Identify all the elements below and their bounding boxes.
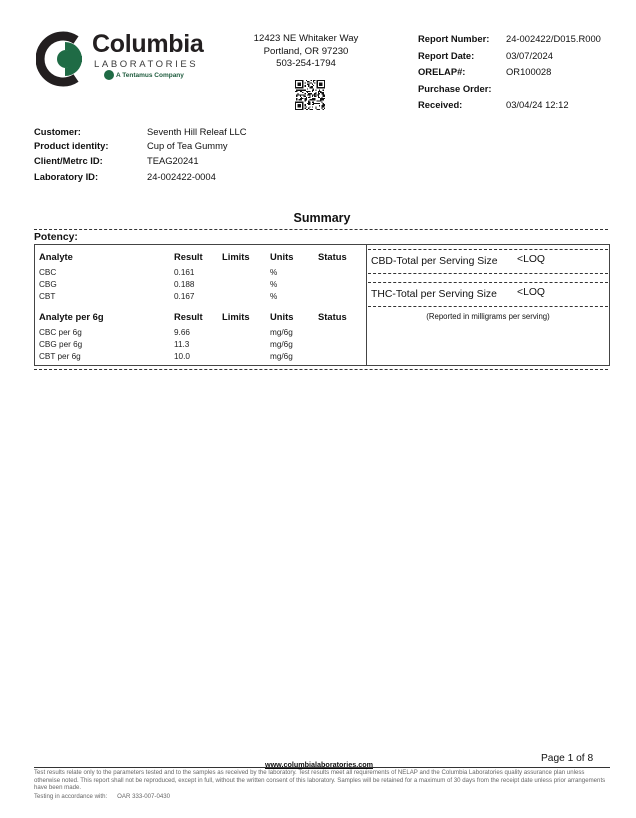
footer-rule [34, 767, 610, 768]
customer-info-label: Client/Metrc ID: [34, 155, 103, 166]
customer-info-value: TEAG20241 [147, 155, 199, 166]
table-cell-analyte: CBC per 6g [39, 328, 82, 337]
tentamus-icon [104, 70, 114, 80]
table-cell-units: % [270, 268, 277, 277]
table-cell-analyte: CBG [39, 280, 57, 289]
serving-divider [368, 306, 608, 307]
customer-info-value: Cup of Tea Gummy [147, 140, 228, 151]
potency-label: Potency: [34, 232, 78, 243]
table-header: Status [318, 311, 347, 322]
report-info-value: 03/07/2024 [506, 50, 553, 61]
address-street: 12423 NE Whitaker Way [236, 33, 376, 46]
report-info-label: Received: [418, 99, 462, 110]
report-info-value: 03/04/24 12:12 [506, 99, 569, 110]
table-cell-analyte: CBT [39, 292, 55, 301]
table-header: Analyte per 6g [39, 311, 104, 322]
page-number: Page 1 of 8 [541, 753, 593, 764]
company-name: Columbia [92, 30, 204, 59]
table-cell-units: mg/6g [270, 340, 293, 349]
table-cell-analyte: CBT per 6g [39, 352, 81, 361]
report-info-label: ORELAP#: [418, 66, 465, 77]
potency-column-divider [366, 244, 367, 366]
customer-info-value: 24-002422-0004 [147, 171, 216, 182]
address-city: Portland, OR 97230 [236, 46, 376, 59]
company-logo: Columbia LABORATORIES A Tentamus Company [36, 30, 206, 88]
summary-divider [34, 229, 608, 230]
table-cell-analyte: CBC [39, 268, 56, 277]
table-header: Result [174, 311, 203, 322]
table-header: Limits [222, 311, 250, 322]
serving-divider [368, 249, 608, 250]
cbd-total-value: <LOQ [517, 254, 545, 265]
address-phone: 503-254-1794 [236, 58, 376, 71]
table-cell-units: % [270, 292, 277, 301]
company-subtitle: LABORATORIES [94, 59, 198, 70]
testing-value: OAR 333-007-0430 [117, 793, 170, 800]
customer-info-label: Product identity: [34, 140, 108, 151]
table-cell-result: 9.66 [174, 328, 190, 337]
report-info-label: Report Number: [418, 33, 489, 44]
report-info-label: Purchase Order: [418, 83, 491, 94]
table-cell-result: 0.161 [174, 268, 195, 277]
serving-divider [368, 273, 608, 274]
table-header: Limits [222, 251, 250, 262]
thc-total-label: THC-Total per Serving Size [371, 289, 497, 300]
table-header: Units [270, 251, 293, 262]
table-cell-result: 0.188 [174, 280, 195, 289]
qr-code-icon [295, 80, 325, 110]
table-cell-result: 10.0 [174, 352, 190, 361]
summary-title: Summary [0, 211, 636, 225]
table-header: Units [270, 311, 293, 322]
columbia-logo-icon [36, 30, 92, 88]
lab-address: 12423 NE Whitaker Way Portland, OR 97230… [236, 33, 376, 71]
table-cell-units: % [270, 280, 277, 289]
report-info-label: Report Date: [418, 50, 474, 61]
customer-info-label: Customer: [34, 126, 81, 137]
table-cell-units: mg/6g [270, 328, 293, 337]
thc-total-value: <LOQ [517, 287, 545, 298]
report-info-value: OR100028 [506, 66, 551, 77]
disclaimer-text: Test results relate only to the paramete… [34, 769, 610, 792]
potency-bottom-divider [34, 369, 608, 370]
table-header: Status [318, 251, 347, 262]
table-cell-analyte: CBG per 6g [39, 340, 82, 349]
company-tagline: A Tentamus Company [116, 72, 184, 79]
table-cell-result: 11.3 [174, 340, 189, 349]
table-cell-result: 0.167 [174, 292, 195, 301]
table-header: Analyte [39, 251, 73, 262]
report-info-value: 24-002422/D015.R000 [506, 33, 601, 44]
customer-info-label: Laboratory ID: [34, 171, 98, 182]
serving-divider [368, 282, 608, 283]
serving-note: (Reported in milligrams per serving) [368, 312, 608, 321]
table-header: Result [174, 251, 203, 262]
customer-info-value: Seventh Hill Releaf LLC [147, 126, 247, 137]
testing-label: Testing in accordance with: [34, 793, 107, 800]
cbd-total-label: CBD-Total per Serving Size [371, 256, 497, 267]
table-cell-units: mg/6g [270, 352, 293, 361]
testing-accordance: Testing in accordance with:OAR 333-007-0… [34, 793, 170, 800]
